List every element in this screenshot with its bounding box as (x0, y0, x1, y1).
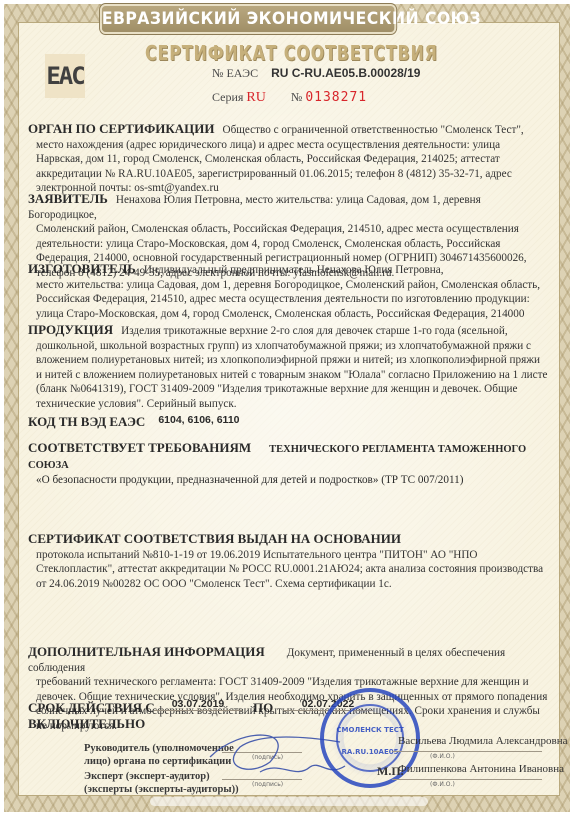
tn-ved-value: 6104, 6106, 6110 (158, 414, 239, 426)
section-label: ПРОДУКЦИЯ (28, 322, 113, 337)
series-line: Серия RU № 0138271 (212, 90, 367, 106)
basis-section: СЕРТИФИКАТ СООТВЕТСТВИЯ ВЫДАН НА ОСНОВАН… (28, 532, 548, 591)
eac-logo-icon: ЕАС (45, 54, 85, 98)
head-name-line (392, 751, 542, 752)
section-text: место нахождения (адрес юридического лиц… (28, 138, 548, 196)
series-value: RU (246, 90, 265, 105)
certificate-number-label: № ЕАЭС (212, 66, 258, 80)
section-label: ДОПОЛНИТЕЛЬНАЯ ИНФОРМАЦИЯ (28, 644, 265, 659)
certification-body-section: ОРГАН ПО СЕРТИФИКАЦИИОбщество с ограниче… (28, 122, 548, 196)
section-first-line: Общество с ограниченной ответственностью… (223, 124, 524, 136)
requirements-label: СООТВЕТСТВУЕТ ТРЕБОВАНИЯМ (28, 440, 251, 455)
requirements-section: СООТВЕТСТВУЕТ ТРЕБОВАНИЯМТЕХНИЧЕСКОГО РЕ… (28, 441, 548, 488)
head-fio-caption: (Ф.И.О.) (430, 753, 455, 760)
document-title: СЕРТИФИКАТ СООТВЕТСТВИЯ (145, 41, 385, 65)
expert-name-line (392, 779, 542, 780)
blank-number-label: № (291, 90, 302, 104)
manufacturer-section: ИЗГОТОВИТЕЛЬИндивидуальный предпринимате… (28, 262, 548, 321)
section-first-line: Изделия трикотажные верхние 2-го слоя дл… (121, 325, 508, 337)
section-first-line: Индивидуальный предприниматель Ненахова … (144, 264, 444, 276)
validity-from-label: СРОК ДЕЙСТВИЯ С (28, 700, 155, 716)
expert-fio-caption: (Ф.И.О.) (430, 781, 455, 788)
validity-from-date: 03.07.2019 (154, 698, 242, 711)
validity-to-label: ПО (253, 700, 273, 716)
section-text: место жительства: улица Садовая, дом 1, … (28, 278, 548, 322)
section-text: протокола испытаний №810-1-19 от 19.06.2… (28, 548, 548, 592)
certificate-number: № ЕАЭС RU C-RU.AE05.B.00028/19 (212, 66, 420, 81)
tn-ved-code: КОД ТН ВЭД ЕАЭС 6104, 6106, 6110 (28, 414, 240, 430)
validity-inclusive-label: ВКЛЮЧИТЕЛЬНО (28, 716, 145, 732)
stamp-accreditation: RA.RU.10AE05 (324, 748, 416, 756)
requirements-text: «О безопасности продукции, предназначенн… (28, 473, 548, 488)
section-label: ОРГАН ПО СЕРТИФИКАЦИИ (28, 121, 215, 136)
tn-ved-label: КОД ТН ВЭД ЕАЭС (28, 414, 145, 429)
certificate-number-value: RU C-RU.AE05.B.00028/19 (271, 66, 420, 80)
blank-number-value: 0138271 (305, 90, 367, 105)
section-label: СЕРТИФИКАТ СООТВЕТСТВИЯ ВЫДАН НА ОСНОВАН… (28, 531, 401, 546)
section-text: дошкольной, школьной возрастных групп) и… (28, 339, 548, 412)
section-label: ЗАЯВИТЕЛЬ (28, 191, 108, 206)
printer-footer-strip (150, 797, 428, 806)
series-label: Серия (212, 90, 243, 104)
product-section: ПРОДУКЦИЯИзделия трикотажные верхние 2-г… (28, 323, 548, 412)
expert-name: Филиппенкова Антонина Ивановна (398, 763, 564, 775)
head-name: Васильева Людмила Александровна (398, 735, 567, 747)
union-banner: ЕВРАЗИЙСКИЙ ЭКОНОМИЧЕСКИЙ СОЮЗ (100, 4, 396, 34)
section-label: ИЗГОТОВИТЕЛЬ (28, 261, 136, 276)
stamp-text: СМОЛЕНСК ТЕСТ (324, 726, 416, 734)
